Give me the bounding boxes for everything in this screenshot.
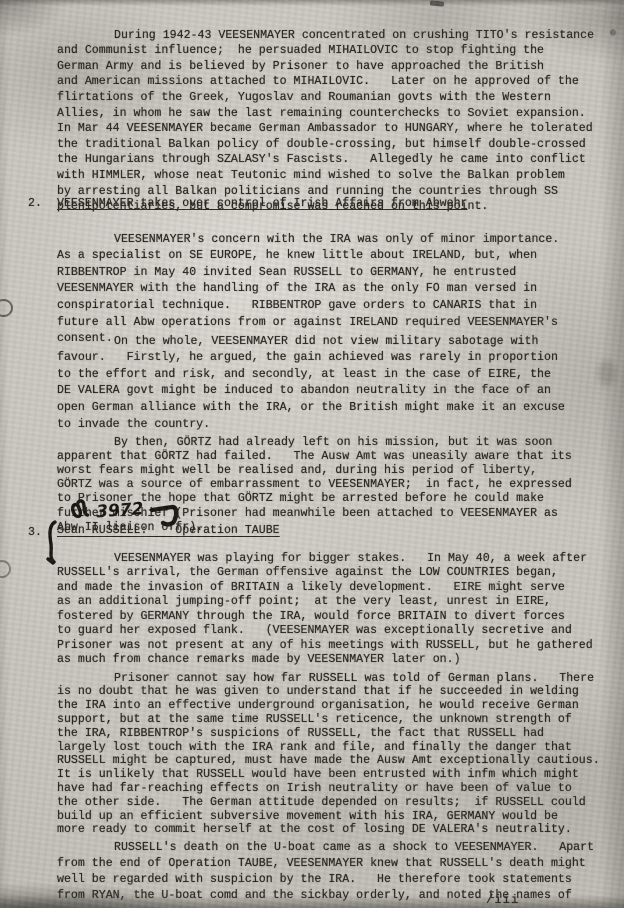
- section-3-paragraph-2: Prisoner cannot say how far RUSSELL was …: [57, 672, 617, 838]
- punch-ring-mark-lower: [0, 560, 11, 578]
- handwritten-bracket-mark: [42, 518, 62, 566]
- handwritten-annotation-digits: 3972: [96, 499, 145, 522]
- section-2-paragraph-2: On the whole, VEESENMAYER did not view m…: [57, 334, 617, 434]
- ink-speck-right: [610, 29, 616, 36]
- section-3-paragraph-3: RUSSELL's death on the U-boat came as a …: [57, 840, 617, 904]
- section-3-paragraph-1: VEESENMAYER was playing for bigger stake…: [57, 552, 617, 668]
- handwritten-arrow-mark: [148, 498, 184, 536]
- section-2-heading: VEESENMAYER takes over control of Irish …: [57, 197, 468, 210]
- document-page: During 1942-43 VEESENMAYER concentrated …: [0, 0, 624, 908]
- page-continuation-number: /iii: [486, 893, 519, 907]
- ink-speck-top: [430, 0, 444, 6]
- section-2-paragraph-1: VEESENMAYER's concern with the IRA was o…: [57, 232, 617, 348]
- edge-smudge: [598, 360, 616, 386]
- section-3-number: 3.: [28, 526, 42, 539]
- punch-ring-mark-upper: [0, 299, 13, 317]
- intro-paragraph: During 1942-43 VEESENMAYER concentrated …: [57, 28, 617, 215]
- section-2-number: 2.: [28, 197, 42, 210]
